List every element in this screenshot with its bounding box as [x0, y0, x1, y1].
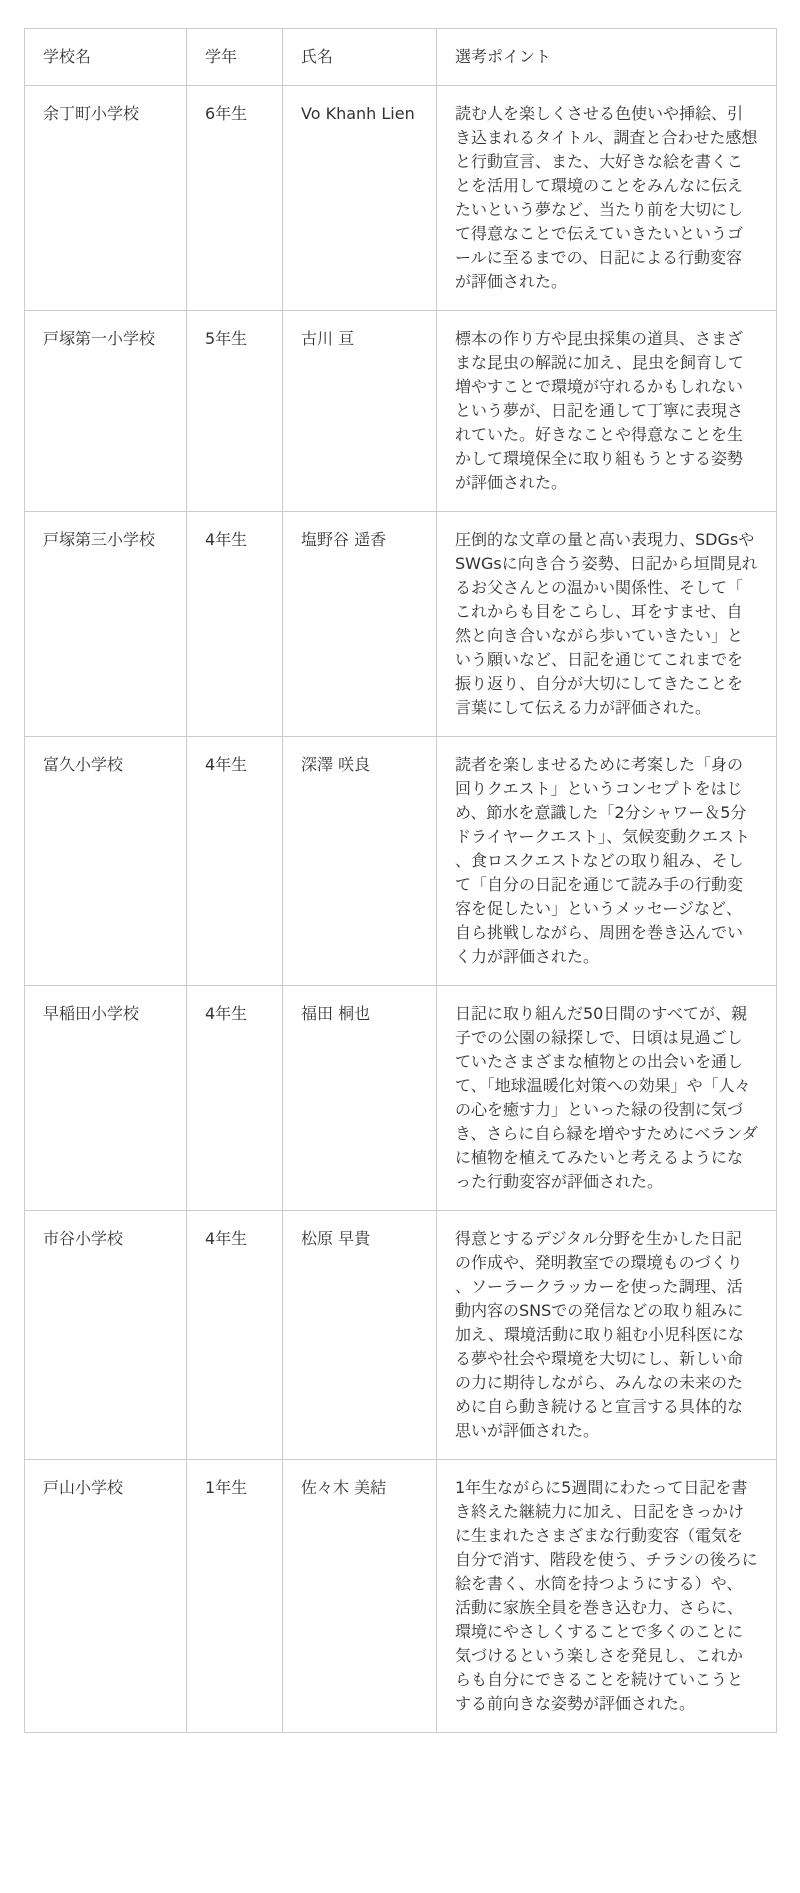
table-row: 富久小学校 4年生 深澤 咲良 読者を楽しませるために考案した「身の回りクエスト…	[25, 737, 777, 986]
grade-cell: 4年生	[187, 737, 283, 986]
grade-cell: 4年生	[187, 512, 283, 737]
header-cell-grade: 学年	[187, 29, 283, 86]
points-cell: 1年生ながらに5週間にわたって日記を書き終えた継続力に加え、日記をきっかけに生ま…	[437, 1460, 777, 1733]
grade-cell: 6年生	[187, 86, 283, 311]
table-row: 戸塚第三小学校 4年生 塩野谷 遥香 圧倒的な文章の量と高い表現力、SDGsやS…	[25, 512, 777, 737]
header-cell-points: 選考ポイント	[437, 29, 777, 86]
name-cell: 古川 亘	[283, 311, 437, 512]
header-cell-school: 学校名	[25, 29, 187, 86]
table-row: 市谷小学校 4年生 松原 早貴 得意とするデジタル分野を生かした日記の作成や、発…	[25, 1211, 777, 1460]
school-cell: 余丁町小学校	[25, 86, 187, 311]
name-cell: 松原 早貴	[283, 1211, 437, 1460]
points-cell: 得意とするデジタル分野を生かした日記の作成や、発明教室での環境ものづくり、ソーラ…	[437, 1211, 777, 1460]
table-row: 戸塚第一小学校 5年生 古川 亘 標本の作り方や昆虫採集の道具、さまざまな昆虫の…	[25, 311, 777, 512]
name-cell: 佐々木 美結	[283, 1460, 437, 1733]
school-cell: 戸山小学校	[25, 1460, 187, 1733]
page-container: 学校名 学年 氏名 選考ポイント 余丁町小学校 6年生 Vo Khanh Lie…	[0, 0, 800, 1778]
points-cell: 読者を楽しませるために考案した「身の回りクエスト」というコンセプトをはじめ、節水…	[437, 737, 777, 986]
table-row: 余丁町小学校 6年生 Vo Khanh Lien 読む人を楽しくさせる色使いや挿…	[25, 86, 777, 311]
school-cell: 市谷小学校	[25, 1211, 187, 1460]
name-cell: 福田 桐也	[283, 986, 437, 1211]
points-cell: 圧倒的な文章の量と高い表現力、SDGsやSWGsに向き合う姿勢、日記から垣間見れ…	[437, 512, 777, 737]
school-cell: 早稲田小学校	[25, 986, 187, 1211]
school-cell: 戸塚第三小学校	[25, 512, 187, 737]
selection-results-table: 学校名 学年 氏名 選考ポイント 余丁町小学校 6年生 Vo Khanh Lie…	[24, 28, 777, 1733]
points-cell: 標本の作り方や昆虫採集の道具、さまざまな昆虫の解説に加え、昆虫を飼育して増やすこ…	[437, 311, 777, 512]
name-cell: 塩野谷 遥香	[283, 512, 437, 737]
name-cell: Vo Khanh Lien	[283, 86, 437, 311]
table-header-row: 学校名 学年 氏名 選考ポイント	[25, 29, 777, 86]
table-row: 戸山小学校 1年生 佐々木 美結 1年生ながらに5週間にわたって日記を書き終えた…	[25, 1460, 777, 1733]
school-cell: 戸塚第一小学校	[25, 311, 187, 512]
grade-cell: 4年生	[187, 986, 283, 1211]
grade-cell: 1年生	[187, 1460, 283, 1733]
grade-cell: 5年生	[187, 311, 283, 512]
header-cell-name: 氏名	[283, 29, 437, 86]
table-row: 早稲田小学校 4年生 福田 桐也 日記に取り組んだ50日間のすべてが、親子での公…	[25, 986, 777, 1211]
points-cell: 読む人を楽しくさせる色使いや挿絵、引き込まれるタイトル、調査と合わせた感想と行動…	[437, 86, 777, 311]
points-cell: 日記に取り組んだ50日間のすべてが、親子での公園の緑探しで、日頃は見過ごしていた…	[437, 986, 777, 1211]
grade-cell: 4年生	[187, 1211, 283, 1460]
school-cell: 富久小学校	[25, 737, 187, 986]
name-cell: 深澤 咲良	[283, 737, 437, 986]
